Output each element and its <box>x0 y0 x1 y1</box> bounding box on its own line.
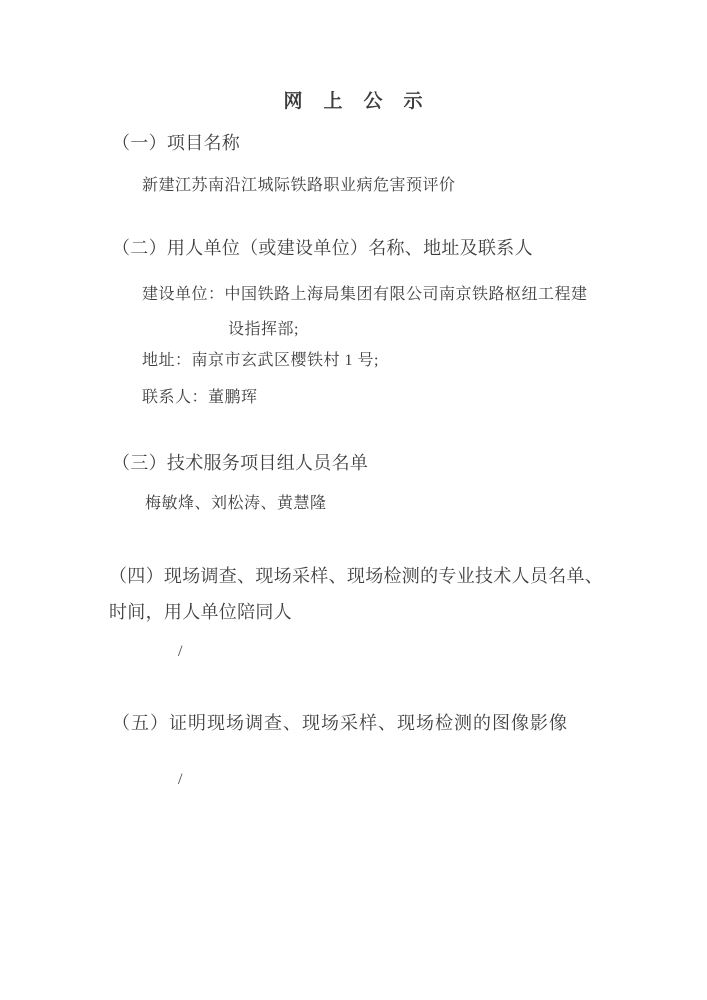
contact-person-line: 联系人：董鹏珲 <box>142 388 258 408</box>
construction-unit-line: 建设单位：中国铁路上海局集团有限公司南京铁路枢纽工程建 设指挥部; <box>142 277 707 347</box>
section-2-heading: （二）用人单位（或建设单位）名称、地址及联系人 <box>112 237 533 259</box>
section-4-heading: （四）现场调查、现场采样、现场检测的专业技术人员名单、 时间，用人单位陪同人 <box>109 558 639 630</box>
document-title: 网 上 公 示 <box>0 91 707 113</box>
section-5-placeholder: / <box>178 770 182 790</box>
section-3-heading: （三）技术服务项目组人员名单 <box>112 452 368 474</box>
section-1-project-name: 新建江苏南沿江城际铁路职业病危害预评价 <box>142 176 456 196</box>
document-page: 网 上 公 示 （一）项目名称 新建江苏南沿江城际铁路职业病危害预评价 （二）用… <box>0 0 707 1000</box>
team-members-line: 梅敏烽、刘松涛、黄慧隆 <box>145 494 327 514</box>
section-1-heading: （一）项目名称 <box>112 132 240 154</box>
section-4-placeholder: / <box>178 642 182 662</box>
address-line: 地址：南京市玄武区樱铁村 1 号; <box>142 351 379 371</box>
section-5-heading: （五）证明现场调查、现场采样、现场检测的图像影像 <box>112 712 568 734</box>
